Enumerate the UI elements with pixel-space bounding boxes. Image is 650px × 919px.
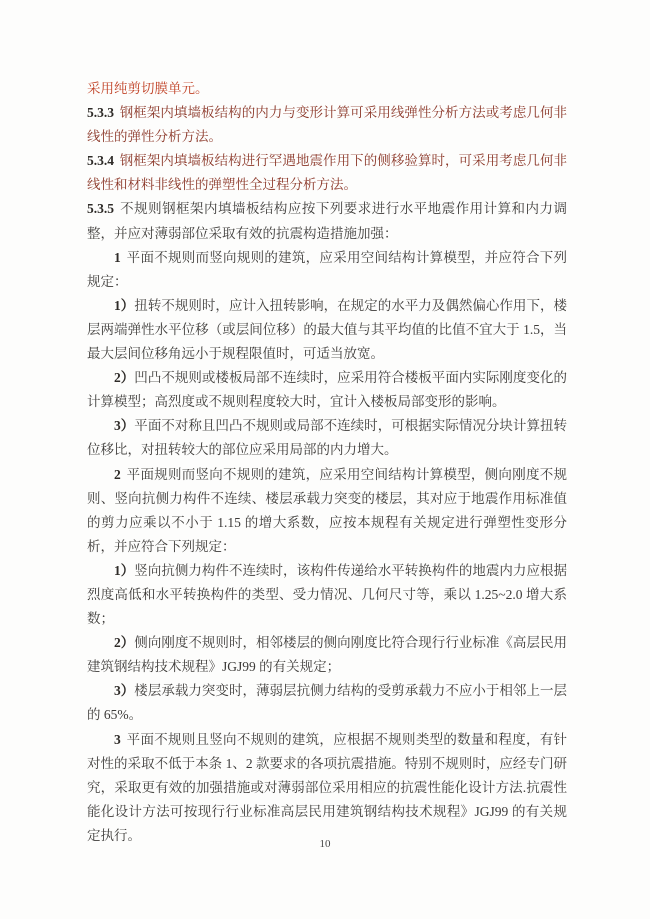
clause-text: 凹凸不规则或楼板局部不连续时，应采用符合楼板平面内实际刚度变化的计算模型；高烈度…: [87, 370, 567, 409]
paragraph: 采用纯剪切膜单元。: [87, 77, 567, 101]
paragraph: 1）扭转不规则时，应计入扭转影响，在规定的水平力及偶然偏心作用下，楼层两端弹性水…: [87, 294, 567, 366]
paragraph: 2平面规则而竖向不规则的建筑，应采用空间结构计算模型，侧向刚度不规则、竖向抗侧力…: [87, 463, 567, 559]
clause-number: 2）: [114, 370, 134, 385]
clause-text: 采用纯剪切膜单元。: [87, 81, 209, 96]
clause-text: 不规则钢框架内填墙板结构应按下列要求进行水平地震作用计算和内力调整，并应对薄弱部…: [87, 201, 567, 240]
paragraph: 3）平面不对称且凹凸不规则或局部不连续时，可根据实际情况分块计算扭转位移比，对扭…: [87, 414, 567, 462]
clause-text: 平面不规则而竖向规则的建筑，应采用空间结构计算模型，并应符合下列规定：: [87, 250, 567, 289]
paragraph: 1）竖向抗侧力构件不连续时，该构件传递给水平转换构件的地震内力应根据烈度高低和水…: [87, 559, 567, 631]
clause-number: 2）: [114, 635, 134, 650]
paragraph: 3）楼层承载力突变时，薄弱层抗侧力结构的受剪承载力不应小于相邻上一层的 65%。: [87, 679, 567, 727]
clause-text: 钢框架内填墙板结构的内力与变形计算可采用线弹性分析方法或考虑几何非线性的弹性分析…: [87, 105, 567, 144]
clause-text: 平面规则而竖向不规则的建筑，应采用空间结构计算模型，侧向刚度不规则、竖向抗侧力构…: [87, 467, 567, 554]
paragraph: 2）凹凸不规则或楼板局部不连续时，应采用符合楼板平面内实际刚度变化的计算模型；高…: [87, 366, 567, 414]
clause-number: 5.3.3: [87, 105, 114, 120]
paragraph: 1平面不规则而竖向规则的建筑，应采用空间结构计算模型，并应符合下列规定：: [87, 246, 567, 294]
clause-text: 楼层承载力突变时，薄弱层抗侧力结构的受剪承载力不应小于相邻上一层的 65%。: [87, 683, 567, 722]
clause-number: 5.3.4: [87, 153, 114, 168]
page-number: 10: [320, 838, 331, 850]
clause-number: 1）: [114, 563, 134, 578]
paragraph: 3平面不规则且竖向不规则的建筑，应根据不规则类型的数量和程度，有针对性的采取不低…: [87, 728, 567, 848]
clause-number: 2: [114, 467, 121, 482]
paragraph: 5.3.5不规则钢框架内填墙板结构应按下列要求进行水平地震作用计算和内力调整，并…: [87, 197, 567, 245]
clause-number: 1）: [114, 298, 134, 313]
document-body: 采用纯剪切膜单元。 5.3.3钢框架内填墙板结构的内力与变形计算可采用线弹性分析…: [87, 77, 567, 848]
paragraph: 5.3.3钢框架内填墙板结构的内力与变形计算可采用线弹性分析方法或考虑几何非线性…: [87, 101, 567, 149]
clause-text: 平面不对称且凹凸不规则或局部不连续时，可根据实际情况分块计算扭转位移比，对扭转较…: [87, 418, 567, 457]
clause-text: 平面不规则且竖向不规则的建筑，应根据不规则类型的数量和程度，有针对性的采取不低于…: [87, 732, 567, 843]
clause-text: 扭转不规则时，应计入扭转影响，在规定的水平力及偶然偏心作用下，楼层两端弹性水平位…: [87, 298, 567, 361]
clause-text: 竖向抗侧力构件不连续时，该构件传递给水平转换构件的地震内力应根据烈度高低和水平转…: [87, 563, 567, 626]
document-page: 采用纯剪切膜单元。 5.3.3钢框架内填墙板结构的内力与变形计算可采用线弹性分析…: [0, 0, 650, 919]
paragraph: 5.3.4钢框架内填墙板结构进行罕遇地震作用下的侧移验算时，可采用考虑几何非线性…: [87, 149, 567, 197]
page-footer: 10: [0, 838, 650, 850]
clause-number: 1: [114, 250, 121, 265]
clause-number: 5.3.5: [87, 201, 114, 216]
clause-number: 3）: [114, 683, 134, 698]
clause-text: 钢框架内填墙板结构进行罕遇地震作用下的侧移验算时，可采用考虑几何非线性和材料非线…: [87, 153, 567, 192]
clause-text: 侧向刚度不规则时，相邻楼层的侧向刚度比符合现行行业标准《高层民用建筑钢结构技术规…: [87, 635, 567, 674]
paragraph: 2）侧向刚度不规则时，相邻楼层的侧向刚度比符合现行行业标准《高层民用建筑钢结构技…: [87, 631, 567, 679]
clause-number: 3: [114, 732, 121, 747]
clause-number: 3）: [114, 418, 134, 433]
